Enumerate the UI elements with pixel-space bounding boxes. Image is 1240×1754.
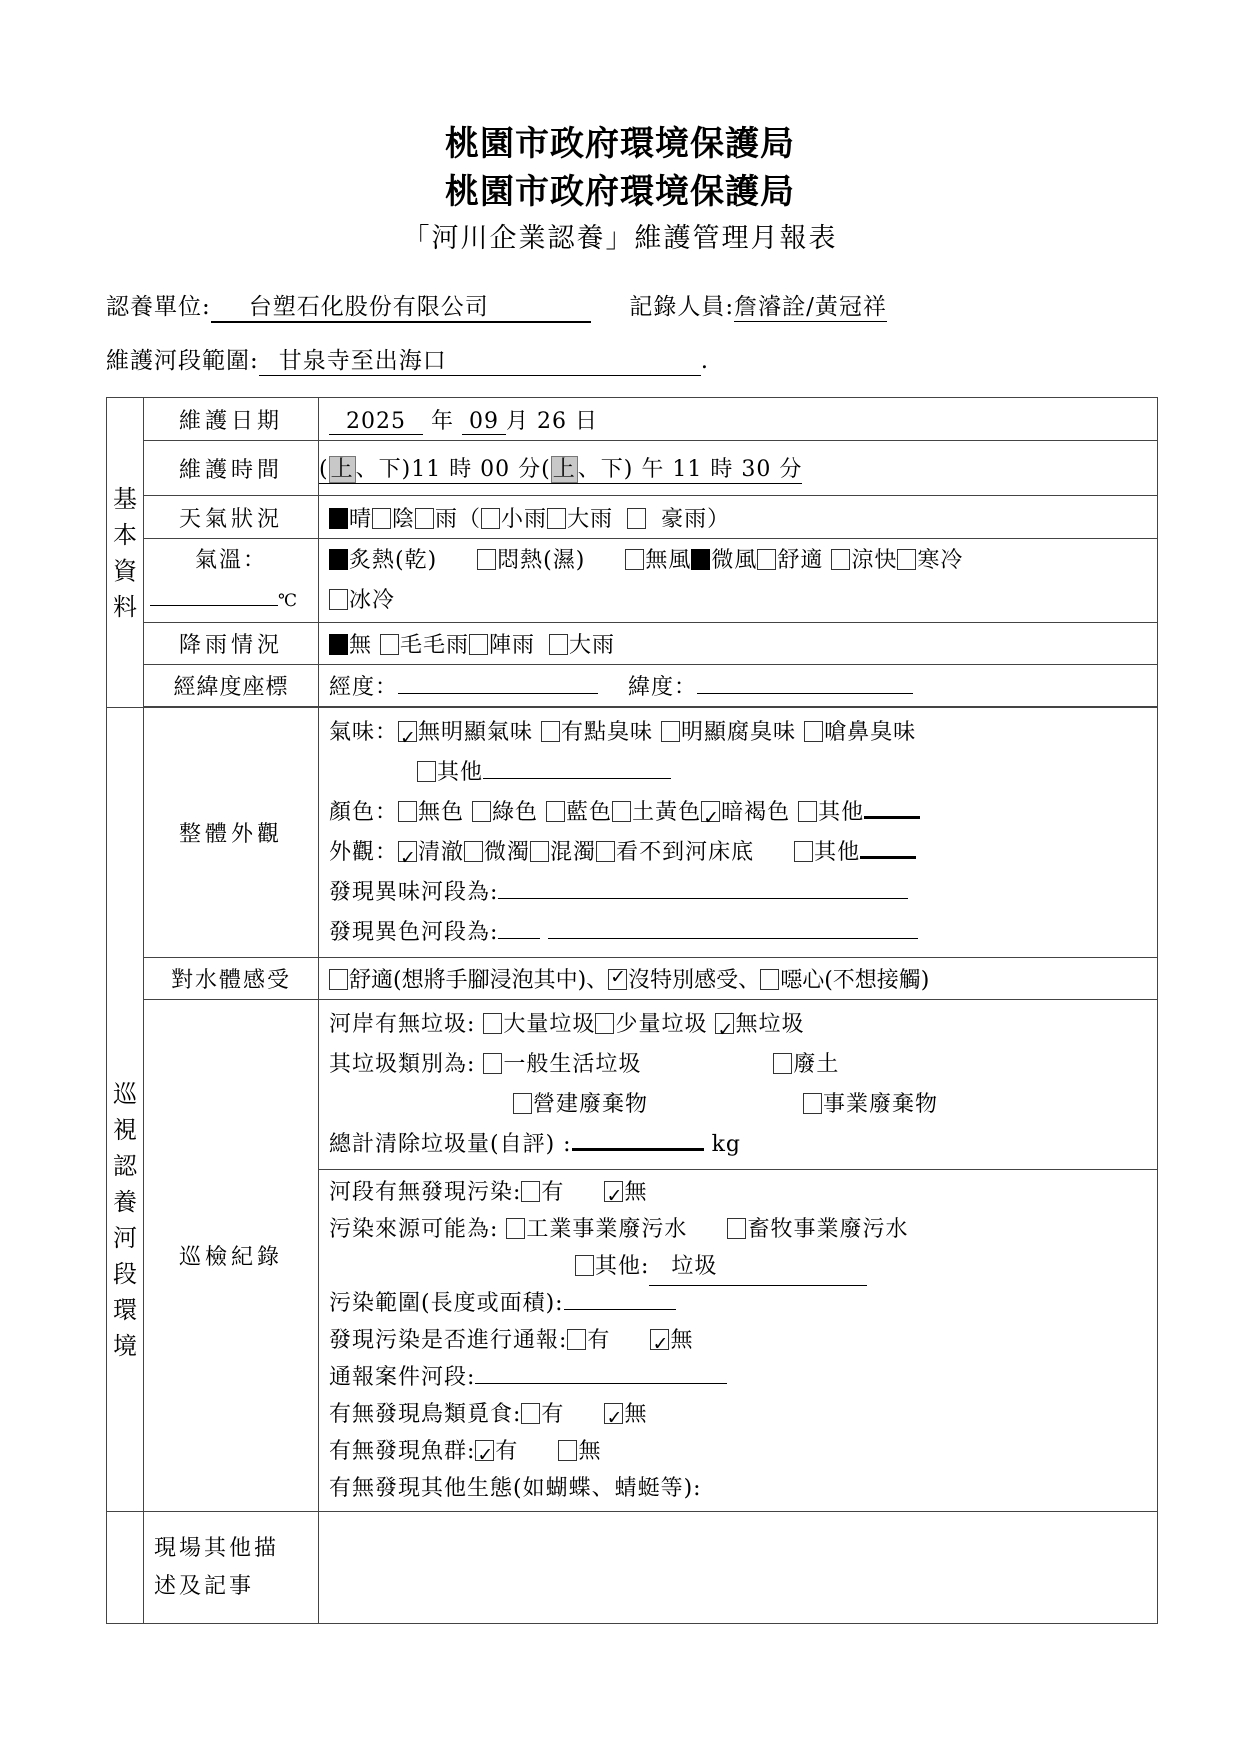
rain-label: 降雨情況 [144,623,319,665]
recorder-field[interactable]: 詹濬詮/黃冠祥 [734,288,887,322]
option-label: 清澈 [418,840,464,865]
notes-section-spacer [107,1512,144,1624]
weather-options: 晴陰雨（小雨大雨豪雨） [319,496,1158,539]
report-section-field[interactable] [475,1382,727,1384]
section-char: 段 [113,1256,137,1292]
time-cell: (上、下)11 時 00 分(上、下) 午 11 時 30 分 [319,441,1158,496]
garbage-type-label: 其垃圾類別為: [329,1052,475,1077]
am-selected-1[interactable]: 上 [329,456,356,483]
option-label: 晴 [349,507,372,532]
temp-freezing-checkbox[interactable] [329,589,348,610]
agency-title-1: 桃園市政府環境保護局 [0,116,1240,165]
option-label: 微濁 [484,840,530,865]
section-char: 養 [113,1184,137,1220]
kg-unit: kg [712,1132,741,1157]
rain-none-checkbox[interactable] [329,634,348,655]
paren: ( [541,457,551,482]
coords-cell: 經度： 緯度： [319,665,1158,707]
latitude-label: 緯度： [628,675,697,700]
longitude-field[interactable] [398,692,598,694]
option-label: 嗆鼻臭味 [824,720,916,745]
other-eco-label: 有無發現其他生態(如蝴蝶、蜻蜓等): [329,1476,702,1501]
option-label: 毛毛雨 [400,633,469,658]
odd-color-field-a[interactable] [498,937,540,939]
section-patrol-environment: 巡 視 認 養 河 段 環 境 [107,708,144,1512]
report-section-label: 通報案件河段: [329,1365,475,1390]
fish-yes-checkbox[interactable] [475,1440,494,1461]
weather-heavy-rain-checkbox[interactable] [547,508,566,529]
month-unit: 月 [506,409,529,434]
option-label: 舒適 [777,548,823,573]
pollution-cell: 河段有無發現污染:有無 污染來源可能為: 工業事業廢污水畜牧事業廢污水 其他:垃… [319,1170,1158,1512]
option-label: 寒冷 [917,548,963,573]
temp-muggy-checkbox[interactable] [477,549,496,570]
color-blue-checkbox[interactable] [546,801,565,822]
range-row: 維護河段範圍:甘泉寺至出海口. [106,342,709,376]
source-other-field[interactable]: 垃圾 [649,1248,867,1286]
look-clear-checkbox[interactable] [398,841,417,862]
option-label: 有 [541,1180,564,1205]
feeling-comfortable-checkbox[interactable] [329,969,348,990]
color-other-checkbox[interactable] [798,801,817,822]
paren: ( [319,457,329,482]
garbage-soil-checkbox[interactable] [773,1053,792,1074]
color-dark-brown-checkbox[interactable] [701,801,720,822]
garbage-cell: 河岸有無垃圾: 大量垃圾少量垃圾 無垃圾 其垃圾類別為: 一般生活垃圾廢土 營建… [319,1000,1158,1170]
section-char: 境 [113,1328,137,1364]
option-label: 事業廢棄物 [823,1092,938,1117]
option-label: 無 [670,1328,693,1353]
odd-color-label: 發現異色河段為: [329,920,498,945]
section-char: 巡 [113,1076,137,1112]
range-label: 維護河段範圍: [106,348,259,374]
garbage-industrial-checkbox[interactable] [803,1093,822,1114]
option-label: 噁心(不想接觸) [780,968,929,993]
look-slightly-turbid-checkbox[interactable] [464,841,483,862]
garbage-label: 河岸有無垃圾: [329,1012,475,1037]
time-label: 維護時間 [144,441,319,496]
smell-none-checkbox[interactable] [398,721,417,742]
fish-label: 有無發現魚群: [329,1439,475,1464]
look-other-field[interactable] [860,855,916,859]
option-label: 舒適(想將手腳浸泡其中)、 [349,968,608,993]
temp-no-wind-checkbox[interactable] [625,549,644,570]
option-label: 悶熱(濕) [497,548,585,573]
day-unit: 日 [575,409,598,434]
fish-no-checkbox[interactable] [558,1440,577,1461]
smell-other-checkbox[interactable] [417,761,436,782]
garbage-large-checkbox[interactable] [483,1013,502,1034]
notes-label-line1: 現場其他描 [154,1530,308,1568]
look-label: 外觀： [329,840,398,865]
total-garbage-label: 總計清除垃圾量(自評) : [329,1132,572,1157]
source-industrial-checkbox[interactable] [506,1218,525,1239]
option-label: 炙熱(乾) [349,548,437,573]
notes-label-line2: 述及記事 [154,1568,308,1606]
option-label: 無明顯氣味 [418,720,533,745]
time-field[interactable]: (上、下)11 時 00 分(上、下) 午 11 時 30 分 [319,452,802,484]
option-label: 小雨 [501,507,547,532]
smell-label: 氣味： [329,720,398,745]
temperature-label: 氣溫： [150,541,312,581]
option-label: 其他 [814,840,860,865]
date-cell: 2025 年 09月 26 日 [319,398,1158,441]
option-label: 沒特別感受、 [628,968,760,993]
garbage-household-checkbox[interactable] [483,1053,502,1074]
appearance-cell: 氣味：無明顯氣味 有點臭味 明顯腐臭味 嗆鼻臭味 其他 顏色：無色 綠色 藍色土… [319,708,1158,958]
color-label: 顏色： [329,800,398,825]
agency-title-2: 桃園市政府環境保護局 [0,164,1240,213]
temp-cool-checkbox[interactable] [831,549,850,570]
option-label: 涼快 [851,548,897,573]
option-label: 看不到河床底 [616,840,754,865]
section-char: 認 [113,1148,137,1184]
odd-color-field[interactable] [548,937,918,939]
notes-label: 現場其他描 述及記事 [144,1512,319,1624]
weather-rain-checkbox[interactable] [415,508,434,529]
range-end-dot: . [701,348,709,374]
option-label: 雨（ [435,507,481,532]
start-time[interactable]: 11 時 00 分 [411,457,541,482]
coords-label: 經緯度座標 [144,665,319,707]
garbage-small-checkbox[interactable] [595,1013,614,1034]
adopter-unit-field[interactable]: 台塑石化股份有限公司 [211,288,591,323]
option-label: 陣雨 [489,633,535,658]
feeling-options: 舒適(想將手腳浸泡其中)、沒特別感受、噁心(不想接觸) [319,958,1158,1000]
option-label: 豪雨） [661,507,730,532]
option-label: 無風 [645,548,691,573]
pollution-range-field[interactable] [564,1308,676,1310]
look-turbid-checkbox[interactable] [530,841,549,862]
look-other-checkbox[interactable] [794,841,813,862]
section-char: 視 [113,1112,137,1148]
option-label: 少量垃圾 [615,1012,707,1037]
odd-smell-field[interactable] [498,897,908,899]
report-form-table: 基 本 資 料 維護日期 2025 年 09月 26 日 維護時間 (上、下)1… [106,397,1158,1624]
form-subtitle: 「河川企業認養」維護管理月報表 [0,216,1240,255]
color-green-checkbox[interactable] [472,801,491,822]
option-label: 大雨 [567,507,613,532]
feeling-nothing-checkbox[interactable] [608,969,627,990]
weather-cloudy-checkbox[interactable] [372,508,391,529]
option-label: 無 [578,1439,601,1464]
temp-scorching-checkbox[interactable] [329,549,348,570]
birds-yes-checkbox[interactable] [521,1403,540,1424]
option-label: 無垃圾 [735,1012,804,1037]
option-label: 冰冷 [349,588,395,613]
option-label: 暗褐色 [721,800,790,825]
day-field[interactable]: 26 [537,409,567,434]
option-label: 工業事業廢污水 [526,1217,687,1242]
temperature-label-cell: 氣溫： ℃ [144,539,319,623]
notes-field[interactable] [319,1512,1158,1624]
look-no-riverbed-checkbox[interactable] [596,841,615,862]
pollution-no-checkbox[interactable] [604,1181,623,1202]
year-field[interactable]: 2025 [329,409,423,435]
garbage-none-checkbox[interactable] [715,1013,734,1034]
section-char: 資 [113,553,137,589]
birds-no-checkbox[interactable] [604,1403,623,1424]
celsius-unit: ℃ [278,591,299,611]
color-none-checkbox[interactable] [398,801,417,822]
recorder-label: 記錄人員: [629,294,734,320]
report-no-checkbox[interactable] [650,1329,669,1350]
feeling-label: 對水體感受 [144,958,319,1000]
color-earth-yellow-checkbox[interactable] [612,801,631,822]
option-label: 無 [349,633,372,658]
range-field[interactable]: 甘泉寺至出海口 [259,342,701,376]
option-label: 其他 [818,800,864,825]
am-selected-2[interactable]: 上 [551,456,578,483]
pollution-yes-checkbox[interactable] [521,1181,540,1202]
weather-label: 天氣狀況 [144,496,319,539]
option-label: 有點臭味 [561,720,653,745]
section-basic-data: 基 本 資 料 [107,398,144,708]
section-char: 環 [113,1292,137,1328]
temp-comfortable-checkbox[interactable] [757,549,776,570]
report-yes-checkbox[interactable] [567,1329,586,1350]
rain-options: 無 毛毛雨陣雨大雨 [319,623,1158,665]
odd-smell-label: 發現異味河段為: [329,880,498,905]
feeling-disgust-checkbox[interactable] [760,969,779,990]
end-time[interactable]: 、下) 午 11 時 30 分 [578,457,803,482]
total-garbage-field[interactable] [572,1147,704,1151]
section-char: 基 [113,481,137,517]
temp-cold-checkbox[interactable] [897,549,916,570]
option-label: 有 [541,1402,564,1427]
appearance-label: 整體外觀 [144,708,319,958]
year-unit: 年 [431,409,454,434]
option-label: 營建廢棄物 [533,1085,803,1125]
option-label: 明顯腐臭味 [681,720,796,745]
pollution-label: 河段有無發現污染: [329,1180,521,1205]
option-label: 大雨 [569,633,615,658]
source-livestock-checkbox[interactable] [727,1218,746,1239]
color-other-field[interactable] [864,815,920,819]
smell-pungent-checkbox[interactable] [804,721,823,742]
option-label: 有 [495,1439,518,1464]
longitude-label: 經度： [329,675,398,700]
option-label: 微風 [711,548,757,573]
section-char: 本 [113,517,137,553]
pm-option-1: 、下) [356,457,412,482]
option-label: 土黃色 [632,800,701,825]
option-label: 無 [624,1402,647,1427]
garbage-construction-checkbox[interactable] [513,1093,532,1114]
option-label: 無色 [418,800,464,825]
option-label: 陰 [392,507,415,532]
temperature-options: 炙熱(乾)悶熱(濕)無風微風舒適 涼快寒冷 冰冷 [319,539,1158,623]
adopter-unit-label: 認養單位: [106,294,211,320]
section-char: 料 [113,589,137,625]
inspection-label: 巡檢紀錄 [144,1000,319,1512]
temperature-field[interactable] [150,583,278,606]
option-label: 藍色 [566,800,612,825]
smell-slight-checkbox[interactable] [541,721,560,742]
weather-light-rain-checkbox[interactable] [481,508,500,529]
option-label: 其他: [595,1254,649,1279]
option-label: 大量垃圾 [503,1012,595,1037]
weather-torrential-checkbox[interactable] [627,508,646,529]
option-label: 一般生活垃圾 [503,1045,773,1085]
smell-rotten-checkbox[interactable] [661,721,680,742]
rain-drizzle-checkbox[interactable] [380,634,399,655]
option-label: 其他 [437,760,483,785]
birds-label: 有無發現鳥類覓食: [329,1402,521,1427]
option-label: 廢土 [793,1052,839,1077]
adopter-row: 認養單位:台塑石化股份有限公司 記錄人員:詹濬詮/黃冠祥 [106,288,887,323]
pollution-range-label: 污染範圍(長度或面積): [329,1291,564,1316]
rain-heavy-checkbox[interactable] [549,634,568,655]
section-char: 河 [113,1220,137,1256]
smell-other-field[interactable] [483,777,671,779]
option-label: 無 [624,1180,647,1205]
option-label: 綠色 [492,800,538,825]
latitude-field[interactable] [697,692,913,694]
option-label: 畜牧事業廢污水 [747,1217,908,1242]
weather-sunny-checkbox[interactable] [329,508,348,529]
date-label: 維護日期 [144,398,319,441]
source-label: 污染來源可能為: [329,1217,498,1242]
rain-shower-checkbox[interactable] [469,634,488,655]
option-label: 混濁 [550,840,596,865]
option-label: 有 [587,1328,610,1353]
temp-breeze-checkbox[interactable] [691,549,710,570]
month-field[interactable]: 09 [462,409,506,435]
source-other-checkbox[interactable] [575,1255,594,1276]
report-label: 發現污染是否進行通報: [329,1328,567,1353]
